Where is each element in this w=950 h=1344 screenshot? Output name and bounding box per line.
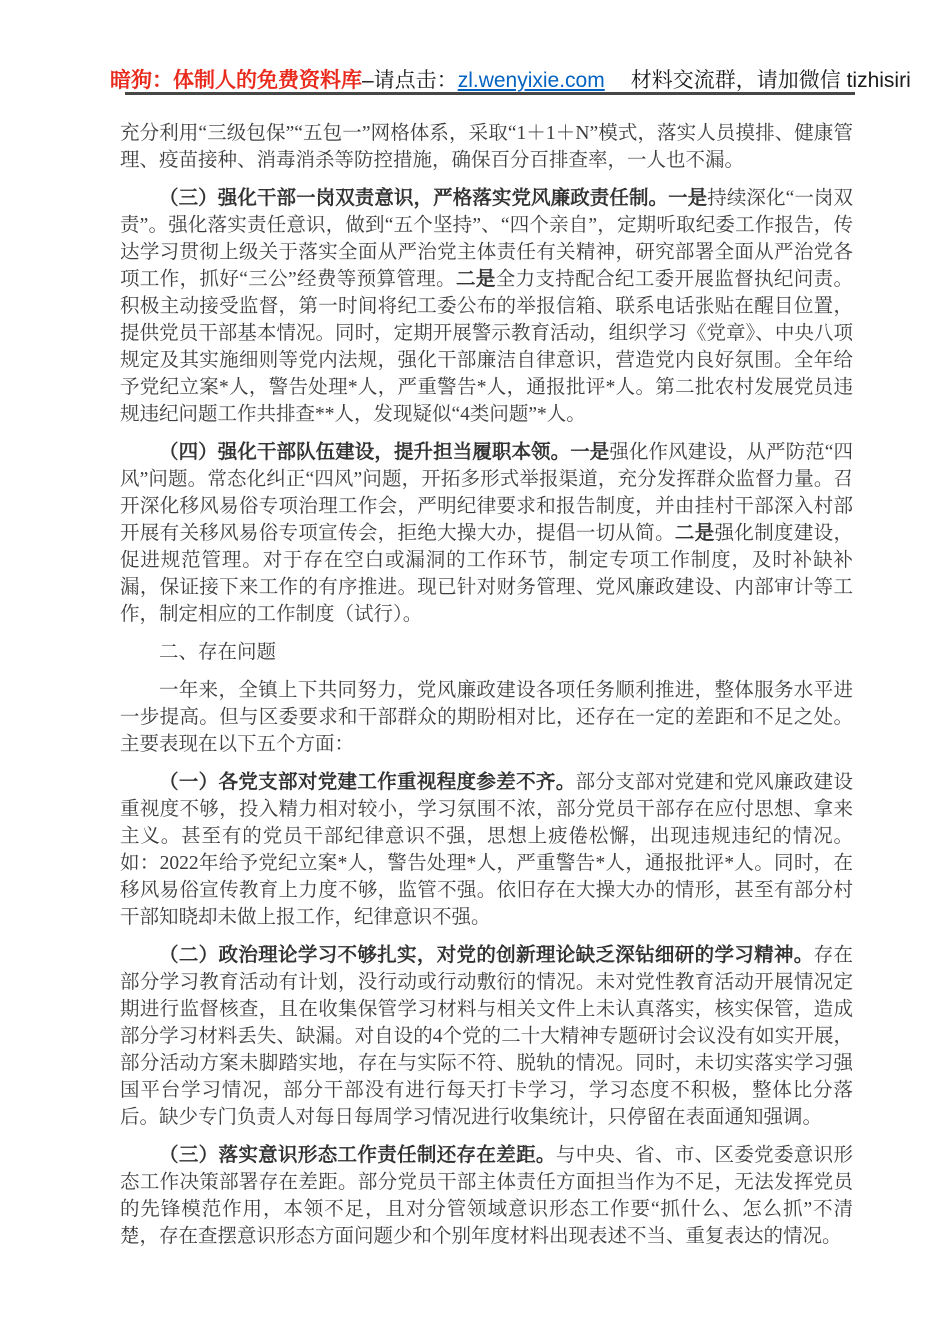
bold-run: （三）落实意识形态工作责任制还存在差距。 <box>159 1145 556 1166</box>
paragraph-7: （二）政治理论学习不够扎实，对党的创新理论缺乏深钻细研的学习精神。存在部分学习教… <box>120 942 853 1131</box>
header-divider-rule <box>125 92 855 95</box>
bold-run: （四）强化干部队伍建设，提升担当履职本领。一是 <box>159 442 609 463</box>
paragraph-1: 充分利用“三级包保”“五包一”网格体系，采取“1＋1＋N”模式，落实人员摸排、健… <box>120 120 853 174</box>
promo-link[interactable]: zl.wenyixie.com <box>458 69 605 92</box>
paragraph-8: （三）落实意识形态工作责任制还存在差距。与中央、省、市、区委党委意识形态工作决策… <box>120 1142 853 1250</box>
bold-run: （三）强化干部一岗双责意识，严格落实党风廉政责任制。一是 <box>159 188 707 209</box>
promo-click-hint: –请点击： <box>362 69 458 92</box>
text-run: 全力支持配合纪工委开展监督执纪问责。积极主动接受监督，第一时间将纪工委公布的举报… <box>120 269 853 425</box>
text-run: 存在部分学习教育活动有计划，没行动或行动敷衍的情况。未对党性教育活动开展情况定期… <box>120 945 853 1128</box>
promo-wechat-note: 材料交流群，请加微信 tizhisiri <box>631 69 911 92</box>
bold-run: （一）各党支部对党建工作重视程度参差不齐。 <box>159 772 576 793</box>
text-run: 二、存在问题 <box>159 642 276 663</box>
bold-run: （二）政治理论学习不够扎实，对党的创新理论缺乏深钻细研的学习精神。 <box>159 945 814 966</box>
text-run: 一年来，全镇上下共同努力，党风廉政建设各项任务顺利推进，整体服务水平进一步提高。… <box>120 680 853 755</box>
bold-run: 二是 <box>456 269 496 290</box>
paragraph-5: 一年来，全镇上下共同努力，党风廉政建设各项任务顺利推进，整体服务水平进一步提高。… <box>120 677 853 758</box>
text-run: 部分支部对党建和党风廉政建设重视度不够，投入精力相对较小，学习氛围不浓，部分党员… <box>120 772 853 928</box>
text-run: 充分利用“三级包保”“五包一”网格体系，采取“1＋1＋N”模式，落实人员摸排、健… <box>120 123 853 171</box>
paragraph-2: （三）强化干部一岗双责意识，严格落实党风廉政责任制。一是持续深化“一岗双责”。强… <box>120 185 853 428</box>
paragraph-6: （一）各党支部对党建工作重视程度参差不齐。部分支部对党建和党风廉政建设重视度不够… <box>120 769 853 931</box>
promo-header: 暗狗：体制人的免费资料库–请点击：zl.wenyixie.com材料交流群，请加… <box>110 64 860 94</box>
paragraph-3: （四）强化干部队伍建设，提升担当履职本领。一是强化作风建设，从严防范“四风”问题… <box>120 439 853 628</box>
bold-run: 二是 <box>675 523 715 544</box>
paragraph-4: 二、存在问题 <box>120 639 853 666</box>
document-page: 暗狗：体制人的免费资料库–请点击：zl.wenyixie.com材料交流群，请加… <box>0 0 950 1344</box>
promo-brand-text: 暗狗：体制人的免费资料库 <box>110 69 362 92</box>
document-body: 充分利用“三级包保”“五包一”网格体系，采取“1＋1＋N”模式，落实人员摸排、健… <box>120 120 853 1261</box>
